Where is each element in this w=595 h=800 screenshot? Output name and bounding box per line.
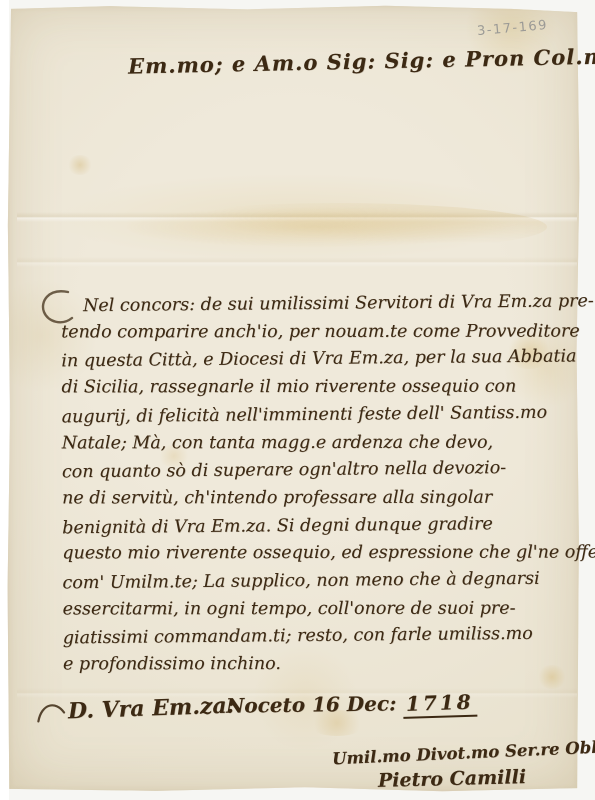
scanned-letter: 3-17-169 Em.mo; e Am.o Sig: Sig: e Pron …: [0, 0, 595, 800]
body-line: con quanto sò di superare ogn'altro nell…: [62, 455, 554, 487]
body-line: Nel concors: de sui umilissimi Servitori…: [61, 289, 553, 321]
body-line: giatissimi commandam.ti; resto, con farl…: [63, 621, 555, 653]
dateline-year: 1718: [403, 690, 477, 719]
body-line: tendo comparire anch'io, per nouam.te co…: [61, 318, 553, 347]
body-line: Natale; Mà, con tanta magg.e ardenza che…: [62, 429, 554, 458]
body-line: di Sicilia, rassegnarle il mio riverente…: [61, 374, 553, 403]
pen-flourish-icon: [36, 698, 67, 725]
body-line: ne di servitù, ch'intendo professare all…: [62, 484, 554, 513]
body-line: e profondissimo inchino.: [63, 651, 555, 680]
dateline: Noceto 16 Dec: 1718: [226, 690, 477, 721]
body-line: in questa Città, e Diocesi di Vra Em.za,…: [61, 344, 553, 376]
body-line: essercitarmi, in ogni tempo, coll'onore …: [63, 595, 555, 624]
aging-stain: [127, 203, 547, 251]
fold-crease: [17, 212, 577, 222]
body-line: com' Umilm.te; La supplico, non meno che…: [62, 566, 554, 598]
aging-stain: [67, 155, 93, 175]
fold-crease: [17, 257, 577, 267]
body-line: augurij, di felicità nell'imminenti fest…: [62, 399, 554, 431]
dateline-place: Noceto 16 Dec:: [226, 691, 397, 717]
body-line: questo mio riverente ossequio, ed espres…: [62, 540, 554, 569]
body-line: benignità di Vra Em.za. Si degni dunque …: [62, 510, 554, 542]
letter-body: Nel concors: de sui umilissimi Servitori…: [61, 290, 555, 680]
